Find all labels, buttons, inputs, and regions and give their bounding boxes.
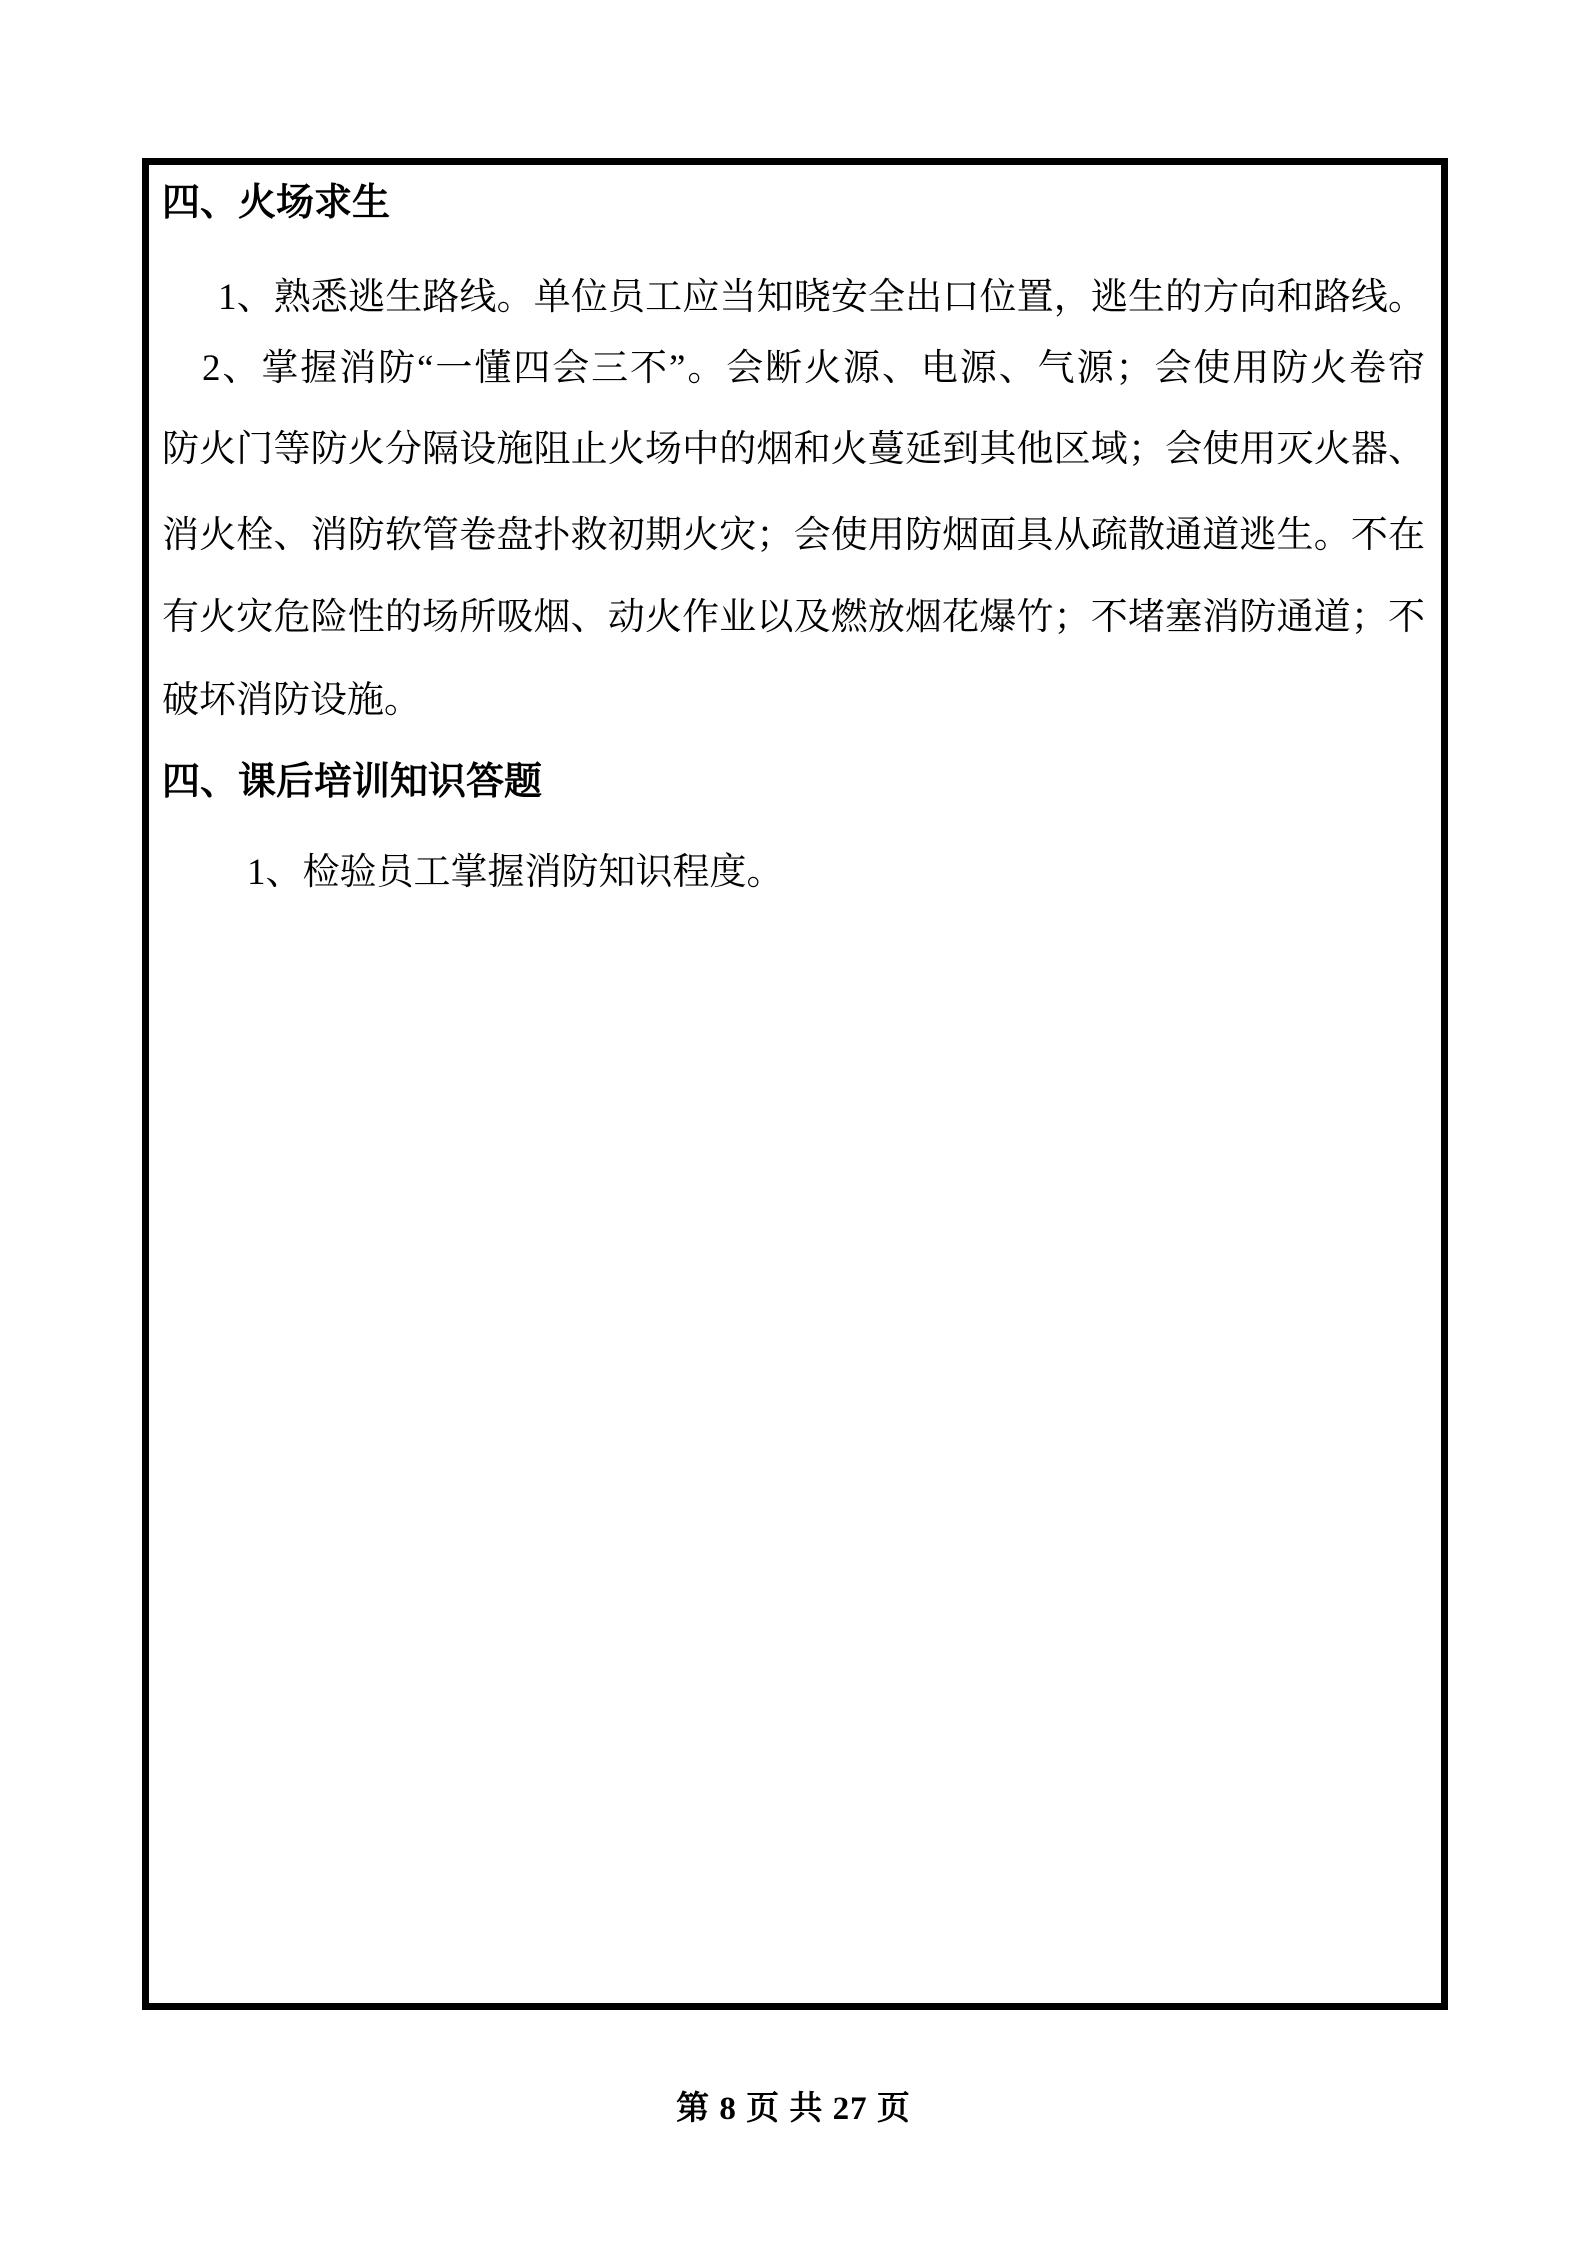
paragraph-line-master-knowledge-4: 有火灾危险性的场所吸烟、动火作业以及燃放烟花爆竹；不堵塞消防通道；不 [162,595,1425,645]
paragraph-line-quiz-purpose: 1、检验员工掌握消防知识程度。 [162,850,1425,900]
paragraph-line-master-knowledge-5: 破坏消防设施。 [162,678,1425,728]
page-footer: 第 8 页 共 27 页 [0,2082,1587,2129]
paragraph-line-escape-routes: 1、熟悉逃生路线。单位员工应当知晓安全出口位置，逃生的方向和路线。 [162,275,1425,325]
paragraph-line-master-knowledge-1: 2、掌握消防“一懂四会三不”。会断火源、电源、气源；会使用防火卷帘 [162,346,1425,396]
paragraph-line-master-knowledge-2: 防火门等防火分隔设施阻止火场中的烟和火蔓延到其他区域；会使用灭火器、 [162,427,1425,477]
section-heading-quiz: 四、课后培训知识答题 [162,758,1425,810]
section-heading-fire-survival: 四、火场求生 [162,179,1425,231]
document-page: 四、火场求生 1、熟悉逃生路线。单位员工应当知晓安全出口位置，逃生的方向和路线。… [0,0,1587,2245]
paragraph-line-master-knowledge-3: 消火栓、消防软管卷盘扑救初期火灾；会使用防烟面具从疏散通道逃生。不在 [162,513,1425,563]
content-border-box: 四、火场求生 1、熟悉逃生路线。单位员工应当知晓安全出口位置，逃生的方向和路线。… [142,158,1448,2010]
